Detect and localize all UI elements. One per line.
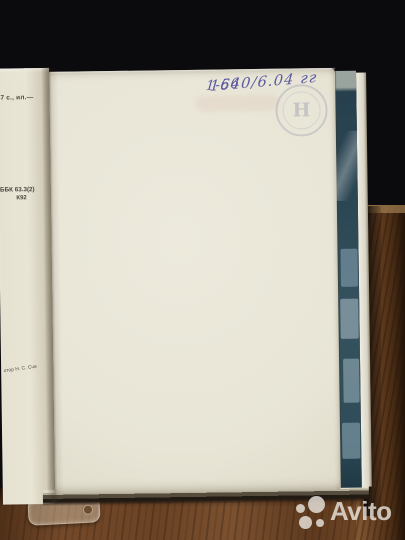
photo-fragment — [343, 359, 360, 403]
photo-fragment — [340, 249, 358, 287]
plastic-tag-hole — [83, 504, 94, 515]
left-page-editor-line: ктор Н. С. Сче — [0, 364, 37, 380]
left-page-bbk-code: ББК 63.3(2) — [0, 186, 35, 194]
avito-logo-dot — [316, 519, 324, 527]
blank-right-page: Н 1640/6.04 гг 1-56 — [49, 68, 341, 494]
left-page-imprint: 00. Формат 70 Печать выс 00. Тираж 0 00 … — [0, 384, 36, 402]
avito-logo-dot — [308, 496, 325, 513]
photo-fragment — [340, 299, 359, 339]
handwritten-line2: 1-56 — [205, 75, 241, 94]
open-book: 47 с., ил.— столиц Фин адей в Запад ва и… — [0, 67, 377, 504]
faded-stamp-smudge — [195, 95, 279, 112]
glossy-reflection — [335, 131, 360, 201]
photo-fragment — [342, 423, 361, 459]
left-page-pages-line: 47 с., ил.— — [0, 94, 33, 102]
avito-watermark: Avito — [286, 492, 405, 540]
stamp-letter: Н — [277, 99, 325, 122]
avito-logo-dot — [299, 516, 312, 529]
library-round-stamp: Н — [275, 84, 328, 137]
left-page-annotation: столиц Фин адей в Запад ва и природ аниз… — [0, 125, 34, 129]
left-page-bbk-code2: К92 — [0, 195, 27, 202]
avito-watermark-text: Avito — [330, 496, 392, 527]
avito-logo-dot — [296, 504, 305, 513]
book-listing-photo: 47 с., ил.— столиц Фин адей в Запад ва и… — [0, 0, 405, 540]
